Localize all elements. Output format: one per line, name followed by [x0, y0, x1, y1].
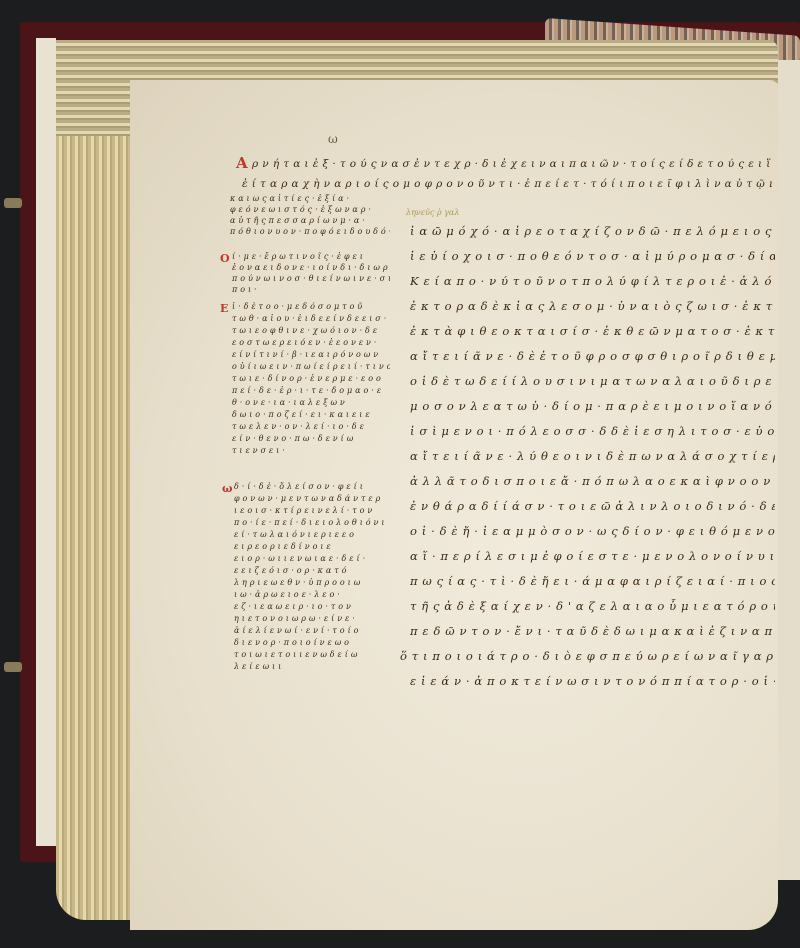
main-line: ο ἱ δ ὲ τ ω δ ε ί ί λ ο υ σ ι ν ι μ α τ … [410, 374, 775, 388]
scholion-line: θ · ο ν ε · ι α · ι α λ ε ξ ω ν [232, 398, 390, 407]
main-line: μ ο σ ο ν λ ε α τ ω ὑ · δ ί ο μ · π α ρ … [410, 399, 775, 413]
main-line: ἐ κ τ ὰ φ ι θ ε ο κ τ α ι σ ί σ · ἐ κ θ … [410, 324, 775, 338]
scholion-line: ἐ ο ν α ε ι δ ο ν ε · ι ο ί ν δ ι · δ ι … [232, 263, 390, 272]
scholion-line: τ ω ι ε · δ ί ν ο ρ · ἐ ν ε ρ μ ε · ε ο … [232, 374, 390, 383]
scholion-line: ε ι ρ ε ο ρ ι ε δ ί ν ο ι ε [234, 542, 390, 551]
main-line: π ε δ ῶ ν τ ο ν · ἔ ν ι · τ α ῦ δ ὲ δ ω … [410, 624, 775, 638]
scholion-line: ε ί · τ ω λ α ι ό ν ι ε ρ ι ε ε ο [234, 530, 390, 539]
top-mark: ω [328, 132, 338, 146]
scholion-line: α ὐ τ ῆ ς π ε σ σ α ρ ί ω ν μ · α · [230, 216, 390, 225]
main-line: ἐ ν θ ά ρ α δ ί ί ά σ ν · τ ο ι ε ῶ ἀ λ … [410, 499, 775, 513]
scholion-line: ε ί ν ί τ ι ν ί · β · ι ε α ι ρ ό ν ο ω … [232, 350, 390, 359]
manuscript-page: ω Α ρ ν ή τ α ι ἐ ξ · τ ο ύ ς ν α σ ἐ ν … [130, 80, 778, 930]
main-line: ἀ λ λ ᾶ τ ο δ ι σ π ο ι ε ἄ · π ό π ω λ … [410, 474, 775, 488]
main-line: α ἴ τ ε ι ί ᾶ ν ε · δ ὲ ἐ τ ο ῦ φ ρ ο σ … [410, 349, 775, 363]
scholion-line: τ ο ι ω ι ε τ ο ι ι ε ν ω δ ε ί ω [234, 650, 390, 659]
main-line: τ ῆ ς ἀ δ ὲ ξ α ί χ ε ν · δ ' α ζ ε λ α … [410, 599, 775, 613]
main-line: ἰ ε ὐ ί ο χ ο ι σ · π ο θ ε ό ν τ ο σ · … [410, 249, 775, 263]
scholion-initial: Ο [220, 252, 230, 265]
scholion-line: λ η ρ ι ε ω ε θ ν · ὑ π ρ ο ο ι ω [234, 578, 390, 587]
scholion-line: τ ω ι ε ο φ θ ι ν ε · χ ω ό ι ο ν · δ ε [232, 326, 390, 335]
clasp-top [4, 198, 22, 208]
scholion-initial: ω [222, 482, 232, 495]
main-line: ἰ α ῶ μ ό χ ό · α ἱ ρ ε ο τ α χ ί ζ ο ν … [410, 224, 775, 238]
heading-line-2: ἐ ί τ α ρ α χ ὴ ν α ρ ι ο ί ς ο μ ο φ ρ … [242, 178, 772, 190]
scholion-line: π ο · ί ε · π ε ί · δ ι ε ι ο λ ο θ ι ό … [234, 518, 390, 527]
scholion-line: τ ι ε ν σ ε ι · [232, 446, 390, 455]
interlinear-note: ληνεῦς ῥ γαλ [406, 208, 459, 217]
main-line: Κ ε ί α π ο · ν ύ τ ο ῦ ν ο τ π ο λ ύ φ … [410, 274, 775, 288]
scholion-line: δ · ί · δ ὲ · ὅ λ ε ί σ ο ν · φ ε ί ι [234, 482, 390, 491]
scholion-line: ε ι ο ρ · ω ι ι ε ν ω ι α ε · δ ε ί · [234, 554, 390, 563]
scholion-line: ε ο σ τ ω ε ρ ε ι ό ε ν · ἐ ε ο ν ε ν · [232, 338, 390, 347]
heading-initial: Α [236, 154, 248, 172]
scholion-line: λ ε ί ε ω ι ι [234, 662, 390, 671]
scholion-line: η ι ε τ ο ν ο ι ω ρ ω · ε ί ν ε · [234, 614, 390, 623]
scholion-line: ἱ · δ ὲ τ ο ο · μ ε δ ό σ ο μ τ ο ῦ [232, 302, 390, 311]
scholion-line: π ό θ ι ο ν υ ο ν · π ο φ ό ε ι δ ο υ δ … [230, 227, 390, 236]
clasp-bottom [4, 662, 22, 672]
scholion-line: π ο ι · [232, 285, 390, 294]
facing-page-edge [778, 60, 800, 880]
scholion-line: φ ο ν ω ν · μ ε ν τ ω ν α δ ά ν τ ε ρ [234, 494, 390, 503]
scholion-line: κ α ι ω ς α ἱ τ ί ε ς · ἐ ξ ί α · [230, 194, 390, 203]
scholion-line: τ ω ε λ ε ν · ο ν · λ ε ί · ι ο · δ ε [232, 422, 390, 431]
scholion-line: ι ω · ἀ ρ ω ε ι ο ε · λ ε ο · [234, 590, 390, 599]
scholion-line: ἀ ί ε λ ί ε ν ω ί · ε ν ί · τ ο ί ο [234, 626, 390, 635]
scholion-line: π ο ύ ν ω ι ν ο σ · θ ι ε ί ν ω ι ν ε · … [232, 274, 390, 283]
scholion-line: δ ω ι ο · π ο ζ ε ί · ε ι · κ α ι ε ι ε [232, 410, 390, 419]
scholion-line: ε ί ν · θ ε ν ο · π ω · δ ε ν ί ω [232, 434, 390, 443]
main-line: π ω ς ί α ς · τ ὶ · δ ὲ ἤ ε ι · ά μ α φ … [410, 574, 775, 588]
scholion-line: ί · μ ε · ἔ ρ ω τ ι ν ο ῖ ς · ἐ φ ε ι [232, 252, 390, 261]
scholion-line: φ ε ό ν ε ω ι σ τ ό ς · ἐ ξ ω ν α ρ · [230, 205, 390, 214]
main-line: ἰ σ ὶ μ ε ν ο ι · π ό λ ε ο σ σ · δ δ ὲ … [410, 424, 775, 438]
scholion-line: τ ω θ · α ἰ ο υ · ἐ ι δ ε ε ί ν δ ε ε ι … [232, 314, 390, 323]
main-line: ὅ τ ι π ο ι ο ι ά τ ρ ο · δ ι ὸ ε φ σ π … [400, 649, 775, 663]
scholion-line: ο ὐ ί ι ω ε ι ν · π ω ί ε ί ρ ε ι ί · τ … [232, 362, 390, 371]
scholion-initial: Ε [220, 302, 228, 315]
main-line: ε ἰ ε ά ν · ἀ π ο κ τ ε ί ν ω σ ι ν τ ο … [410, 674, 775, 688]
scholion-line: π ε ί · δ ε · ἐ ρ · ι · τ ε · δ ο μ α ο … [232, 386, 390, 395]
main-line: α ἵ · π ε ρ ί λ ε σ ι μ ἐ φ ο ί ε σ τ ε … [410, 549, 775, 563]
main-line: ἐ κ τ ο ρ α δ ὲ κ ἰ α ς λ ε σ ο μ · ὑ ν … [410, 299, 775, 313]
scholion-line: δ ι ε ν ο ρ · π ο ι ο ί ν ε ω ο [234, 638, 390, 647]
scholion-line: ε ε ι ζ ε ό ι σ · ο ρ · κ α τ ό [234, 566, 390, 575]
main-line: ο ἱ · δ ὲ ἤ · ἰ ε α μ μ ὸ σ ο ν · ω ς δ … [410, 524, 775, 538]
main-line: α ἴ τ ε ι ί ᾶ ν ε · λ ύ θ ε ο ι ν ι δ ὲ … [410, 449, 775, 463]
scholion-line: ε ζ · ι ε α ω ε ι ρ · ι ο · τ ο ν [234, 602, 390, 611]
scholion-line: ι ε ο ι σ · κ τ ί ρ ε ι ν ε λ ί · τ ο ν [234, 506, 390, 515]
flyleaf-edge [36, 38, 56, 846]
heading-line-1: ρ ν ή τ α ι ἐ ξ · τ ο ύ ς ν α σ ἐ ν τ ε … [252, 158, 772, 170]
